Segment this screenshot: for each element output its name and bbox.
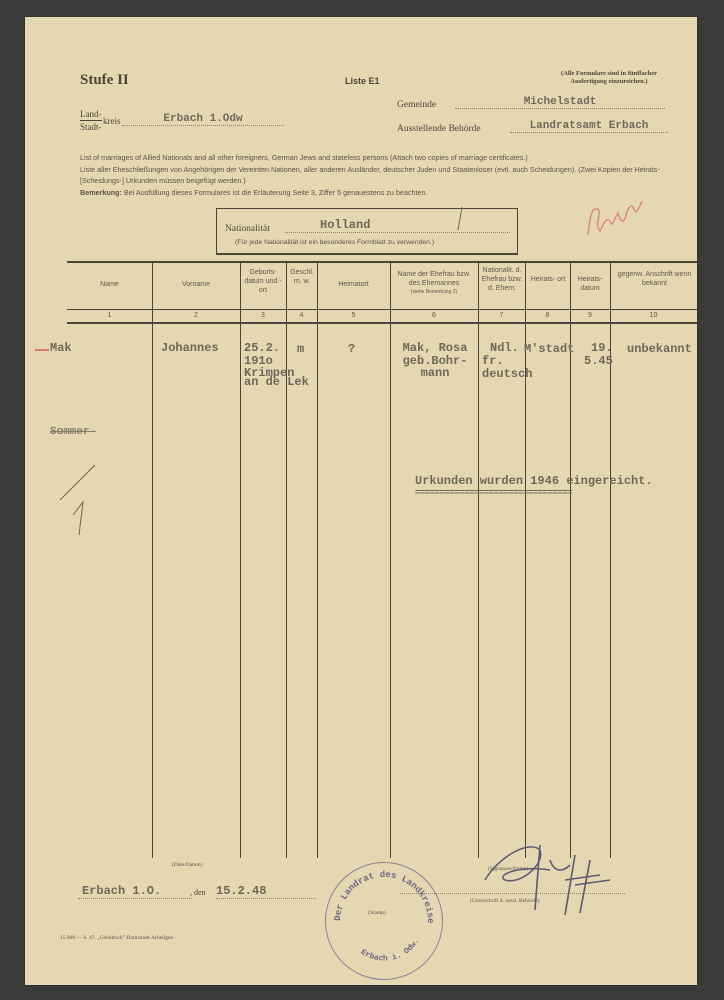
instruction-line-2: Ausfertigung einzureichen.) [520,78,698,86]
col-num-6: 6 [390,311,478,320]
cell-heiratsdatum: 19. 5.45 [584,342,613,368]
cell-heiratsort: M'stadt [524,342,574,356]
cell-geschlecht: m [297,342,304,356]
stamp-ring-text: Der Landrat des Landkreises Erbach i. Od… [326,863,442,979]
col-divider-6 [478,262,479,858]
geburt-place-2: an de Lek [244,378,309,387]
col-divider-5 [390,262,391,858]
col-num-4: 4 [286,311,317,320]
cell-anschrift: unbekannt [627,342,692,356]
col-num-2: 2 [152,311,240,320]
table-number-rule [67,322,697,324]
official-stamp: Der Landrat des Landkreises Erbach i. Od… [325,862,443,980]
date-caption: (Date/Datum) [172,862,203,868]
table-header-rule [67,309,697,310]
svg-text:Erbach i. Odw.: Erbach i. Odw. [359,937,422,964]
intro-english: List of marriages of Allied Nationals an… [80,152,680,164]
nationalitaet-3: deutsch [482,368,532,381]
remark-text: Bei Ausfüllung dieses Formulares ist die… [124,188,428,197]
red-initials-mark [580,195,660,245]
nationality-note: (Für jede Nationalität ist ein besondere… [235,239,434,246]
col-header-name: Name [67,280,152,289]
struck-entry: Sommer- [50,426,96,438]
col-num-10: 10 [610,311,697,320]
cell-vorname: Johannes [161,342,219,355]
nationality-value: Holland [285,218,510,233]
printer-line: 15 000 — 6. 47. „Gebidruck" Darmstadt-Ar… [60,935,173,941]
col-header-geschlecht: Geschl. m. w. [287,268,317,286]
instruction-note: (Alle Formulare sind in fünffacher Ausfe… [520,70,698,86]
list-id: Liste E1 [345,76,380,86]
table-top-rule [67,261,697,263]
ehefrau-born-2: mann [392,368,478,378]
col-num-8: 8 [525,311,570,320]
red-dash-mark [35,349,49,351]
intro-german: Liste aller Eheschließungen von Angehöri… [80,164,680,187]
cell-heimatort: ? [348,342,355,356]
nationality-label: Nationalität [225,224,270,234]
den-label: , den [190,888,206,897]
gemeinde-value: Michelstadt [455,96,665,109]
date-value: 15.2.48 [216,884,316,899]
gemeinde-label: Gemeinde [397,100,436,110]
behoerde-label: Ausstellende Behörde [397,124,481,134]
col-divider-4 [317,262,318,858]
col-header-ehefrau-label: Name der Ehefrau bzw. des Ehemannes [397,271,470,287]
stamp-caption: (Stamp) [368,910,386,916]
col-divider-1 [152,262,153,858]
kreis-label: Land- Stadt- [80,108,102,133]
cell-ehefrau: Mak, Rosa geb.Bohr- mann [392,342,478,378]
kreis-label-land: Land- [80,108,102,121]
remark-label: Bemerkung: [80,188,122,197]
col-header-heiratsort: Heirats- ort [529,275,567,284]
kreis-value: Erbach 1.Odw [122,113,284,126]
behoerde-value: Landratsamt Erbach [510,120,668,133]
kreis-suffix: kreis [103,116,121,126]
col-header-heiratsdatum: Heirats- datum [572,275,608,293]
col-num-9: 9 [570,311,610,320]
handwritten-signature [480,835,620,920]
col-header-heimatort: Heimatort [317,280,390,289]
col-header-nationalitaet: Nationalit. d. Ehefrau bzw. d. Ehem. [479,266,525,293]
submission-note: Urkunden wurden 1946 eingereicht. [415,474,653,488]
level-title: Stufe II [80,72,129,89]
col-num-1: 1 [67,311,152,320]
pencil-number-mark [55,460,115,540]
heiratsdatum-2: 5.45 [584,355,613,368]
col-header-anschrift: gegenw. Anschrift wenn bekannt [612,270,697,288]
kreis-label-stadt: Stadt- [80,121,102,133]
intro-text: List of marriages of Allied Nationals an… [80,152,680,198]
col-num-7: 7 [478,311,525,320]
submission-note-underline: ================================ [415,488,697,498]
col-divider-2 [240,262,241,858]
instruction-line-1: (Alle Formulare sind in fünffacher [520,70,698,78]
pencil-tick-mark [450,205,470,235]
col-header-geburt: Geburts- datum und -ort [243,268,283,295]
col-header-ehefrau-sub: (siehe Bemerkung 2) [393,288,475,297]
nationality-box: Nationalität Holland (Für jede Nationali… [216,208,518,255]
cell-name: Mak [50,342,72,355]
place-value: Erbach 1.O. [78,884,192,899]
col-num-3: 3 [240,311,286,320]
col-num-5: 5 [317,311,390,320]
col-header-vorname: Vorname [152,280,240,289]
col-header-ehefrau: Name der Ehefrau bzw. des Ehemannes (sie… [393,270,475,297]
